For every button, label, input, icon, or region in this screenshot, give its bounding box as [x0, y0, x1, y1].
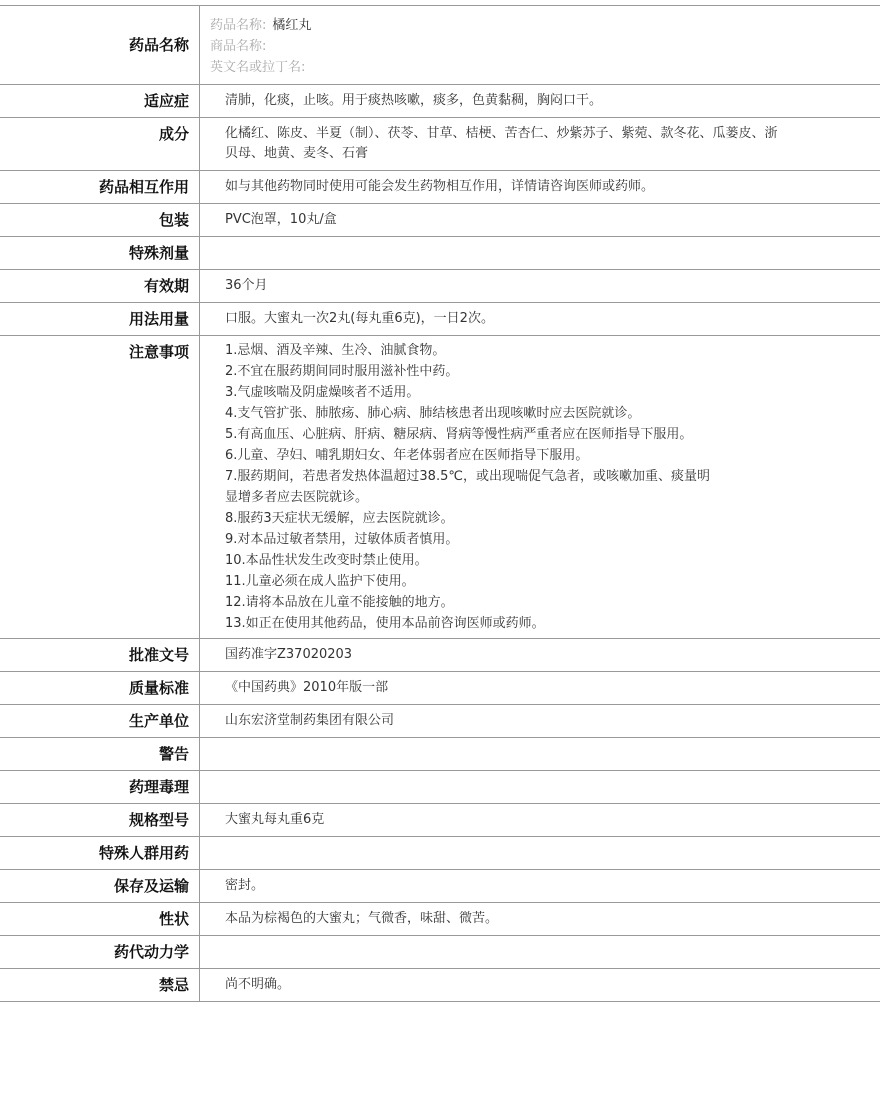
precaution-item: 显增多者应去医院就诊。	[225, 487, 880, 508]
label-contraindications: 禁忌	[0, 969, 200, 1002]
row-special-dosage: 特殊剂量	[0, 237, 880, 270]
precaution-item: 1.忌烟、酒及辛辣、生冷、油腻食物。	[225, 340, 880, 361]
value-special-population	[200, 837, 880, 870]
value-warning	[200, 738, 880, 771]
value-pharmacokinetics	[200, 936, 880, 969]
precaution-item: 10.本品性状发生改变时禁止使用。	[225, 550, 880, 571]
label-ingredients: 成分	[0, 118, 200, 171]
precaution-item: 13.如正在使用其他药品，使用本品前咨询医师或药师。	[225, 613, 880, 634]
precaution-item: 3.气虚咳喘及阴虚燥咳者不适用。	[225, 382, 880, 403]
latin-name-line: 英文名或拉丁名:	[210, 57, 880, 78]
row-special-population: 特殊人群用药	[0, 837, 880, 870]
value-precautions: 1.忌烟、酒及辛辣、生冷、油腻食物。 2.不宜在服药期间同时服用滋补性中药。 3…	[200, 336, 880, 639]
generic-name-line: 药品名称:橘红丸	[210, 15, 880, 36]
label-standard: 质量标准	[0, 672, 200, 705]
row-appearance: 性状 本品为棕褐色的大蜜丸；气微香，味甜、微苦。	[0, 903, 880, 936]
row-standard: 质量标准 《中国药典》2010年版一部	[0, 672, 880, 705]
label-pharmacokinetics: 药代动力学	[0, 936, 200, 969]
label-indications: 适应症	[0, 85, 200, 118]
value-contraindications: 尚不明确。	[200, 969, 880, 1002]
value-storage: 密封。	[200, 870, 880, 903]
value-specification: 大蜜丸每丸重6克	[200, 804, 880, 837]
drug-spec-table: 药品名称 药品名称:橘红丸 商品名称: 英文名或拉丁名: 适应症 清肺，化痰，止…	[0, 5, 880, 1002]
label-storage: 保存及运输	[0, 870, 200, 903]
row-pharmacology: 药理毒理	[0, 771, 880, 804]
value-approval: 国药准字Z37020203	[200, 639, 880, 672]
precaution-item: 12.请将本品放在儿童不能接触的地方。	[225, 592, 880, 613]
value-special-dosage	[200, 237, 880, 270]
row-expiry: 有效期 36个月	[0, 270, 880, 303]
precaution-item: 7.服药期间，若患者发热体温超过38.5℃，或出现喘促气急者，或咳嗽加重、痰量明	[225, 466, 880, 487]
label-precautions: 注意事项	[0, 336, 200, 639]
row-usage: 用法用量 口服。大蜜丸一次2丸(每丸重6克)，一日2次。	[0, 303, 880, 336]
precaution-item: 9.对本品过敏者禁用，过敏体质者慎用。	[225, 529, 880, 550]
row-pharmacokinetics: 药代动力学	[0, 936, 880, 969]
label-special-dosage: 特殊剂量	[0, 237, 200, 270]
value-ingredients: 化橘红、陈皮、半夏（制）、茯苓、甘草、桔梗、苦杏仁、炒紫苏子、紫菀、款冬花、瓜蒌…	[200, 118, 880, 171]
precaution-item: 4.支气管扩张、肺脓疡、肺心病、肺结核患者出现咳嗽时应去医院就诊。	[225, 403, 880, 424]
precaution-item: 8.服药3天症状无缓解，应去医院就诊。	[225, 508, 880, 529]
row-packaging: 包装 PVC泡罩，10丸/盒	[0, 204, 880, 237]
row-storage: 保存及运输 密封。	[0, 870, 880, 903]
row-approval: 批准文号 国药准字Z37020203	[0, 639, 880, 672]
label-manufacturer: 生产单位	[0, 705, 200, 738]
value-usage: 口服。大蜜丸一次2丸(每丸重6克)，一日2次。	[200, 303, 880, 336]
row-contraindications: 禁忌 尚不明确。	[0, 969, 880, 1002]
precaution-item: 11.儿童必须在成人监护下使用。	[225, 571, 880, 592]
value-interactions: 如与其他药物同时使用可能会发生药物相互作用，详情请咨询医师或药师。	[200, 171, 880, 204]
row-manufacturer: 生产单位 山东宏济堂制药集团有限公司	[0, 705, 880, 738]
value-pharmacology	[200, 771, 880, 804]
row-specification: 规格型号 大蜜丸每丸重6克	[0, 804, 880, 837]
label-appearance: 性状	[0, 903, 200, 936]
label-expiry: 有效期	[0, 270, 200, 303]
value-packaging: PVC泡罩，10丸/盒	[200, 204, 880, 237]
label-special-population: 特殊人群用药	[0, 837, 200, 870]
value-appearance: 本品为棕褐色的大蜜丸；气微香，味甜、微苦。	[200, 903, 880, 936]
row-precautions: 注意事项 1.忌烟、酒及辛辣、生冷、油腻食物。 2.不宜在服药期间同时服用滋补性…	[0, 336, 880, 639]
row-interactions: 药品相互作用 如与其他药物同时使用可能会发生药物相互作用，详情请咨询医师或药师。	[0, 171, 880, 204]
label-packaging: 包装	[0, 204, 200, 237]
trade-name-line: 商品名称:	[210, 36, 880, 57]
value-indications: 清肺，化痰，止咳。用于痰热咳嗽，痰多，色黄黏稠，胸闷口干。	[200, 85, 880, 118]
label-interactions: 药品相互作用	[0, 171, 200, 204]
row-drug-name: 药品名称 药品名称:橘红丸 商品名称: 英文名或拉丁名:	[0, 6, 880, 85]
label-specification: 规格型号	[0, 804, 200, 837]
label-usage: 用法用量	[0, 303, 200, 336]
value-drug-name: 药品名称:橘红丸 商品名称: 英文名或拉丁名:	[200, 6, 880, 85]
precaution-item: 5.有高血压、心脏病、肝病、糖尿病、肾病等慢性病严重者应在医师指导下服用。	[225, 424, 880, 445]
value-expiry: 36个月	[200, 270, 880, 303]
label-approval: 批准文号	[0, 639, 200, 672]
label-drug-name: 药品名称	[0, 6, 200, 85]
precaution-item: 6.儿童、孕妇、哺乳期妇女、年老体弱者应在医师指导下服用。	[225, 445, 880, 466]
row-ingredients: 成分 化橘红、陈皮、半夏（制）、茯苓、甘草、桔梗、苦杏仁、炒紫苏子、紫菀、款冬花…	[0, 118, 880, 171]
row-indications: 适应症 清肺，化痰，止咳。用于痰热咳嗽，痰多，色黄黏稠，胸闷口干。	[0, 85, 880, 118]
label-warning: 警告	[0, 738, 200, 771]
value-manufacturer: 山东宏济堂制药集团有限公司	[200, 705, 880, 738]
row-warning: 警告	[0, 738, 880, 771]
value-standard: 《中国药典》2010年版一部	[200, 672, 880, 705]
precaution-item: 2.不宜在服药期间同时服用滋补性中药。	[225, 361, 880, 382]
label-pharmacology: 药理毒理	[0, 771, 200, 804]
